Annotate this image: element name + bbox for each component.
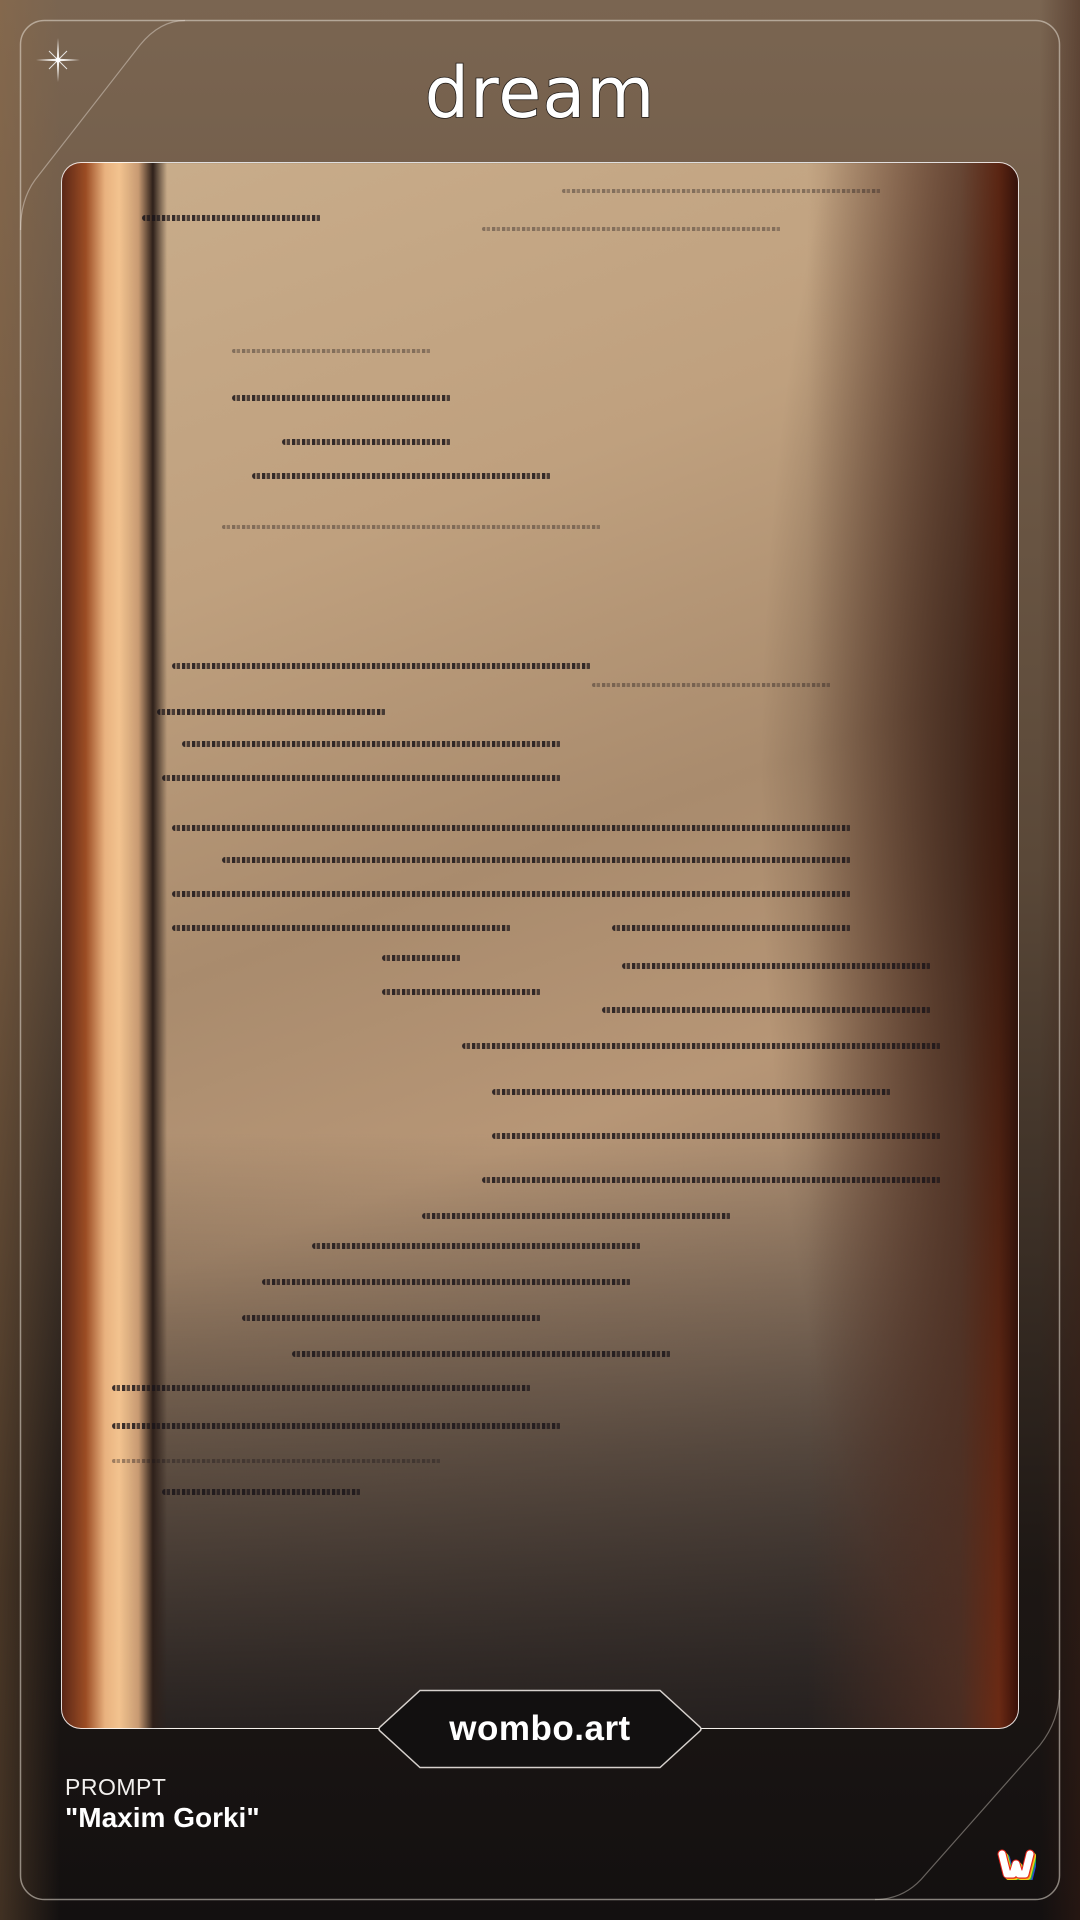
artwork-ink [382,955,462,961]
artwork-ink [172,825,852,831]
artwork-ink [282,439,452,445]
wombo-logo-icon[interactable] [996,1844,1036,1880]
artwork-ink [232,395,452,401]
artwork-ink [312,1243,642,1249]
badge-label: wombo.art [378,1689,702,1769]
artwork-ink [482,1177,942,1183]
artwork-ink [172,663,592,669]
artwork-ink [292,1351,672,1357]
artwork-ink [157,709,387,715]
artwork-ink [602,1007,932,1013]
artwork-ink [562,189,882,193]
artwork-ink [252,473,552,479]
artwork-ink [592,683,832,687]
background-glow-right [1040,0,1080,1920]
artwork-ink [112,1423,562,1429]
artwork-ink [482,227,782,231]
artwork-ink [492,1133,942,1139]
artwork-ink [382,989,542,995]
artwork-ink [222,857,852,863]
artwork-ink [492,1089,892,1095]
artwork-ink [142,215,322,221]
artwork-ink [242,1315,542,1321]
artwork-ink [222,525,602,529]
artwork-ink [112,1459,442,1463]
prompt-label: PROMPT [65,1774,166,1801]
artwork-ink [622,963,932,969]
artwork-ink [232,349,432,353]
artwork-ink [462,1043,942,1049]
prompt-text: "Maxim Gorki" [65,1802,260,1834]
artwork-ink [612,925,852,931]
artwork-ink [262,1279,632,1285]
artwork-image[interactable] [61,162,1019,1729]
artwork-ink [162,1489,362,1495]
artwork-ink [172,925,512,931]
artwork-ink [182,741,562,747]
artwork-ink [422,1213,732,1219]
artwork-shadow [758,163,1018,1728]
artwork-ink [162,775,562,781]
artwork-ink [112,1385,532,1391]
page-title: dream [0,52,1080,134]
wombo-art-badge[interactable]: wombo.art [378,1689,702,1769]
background-glow-left [0,0,60,1920]
artwork-ink [172,891,852,897]
